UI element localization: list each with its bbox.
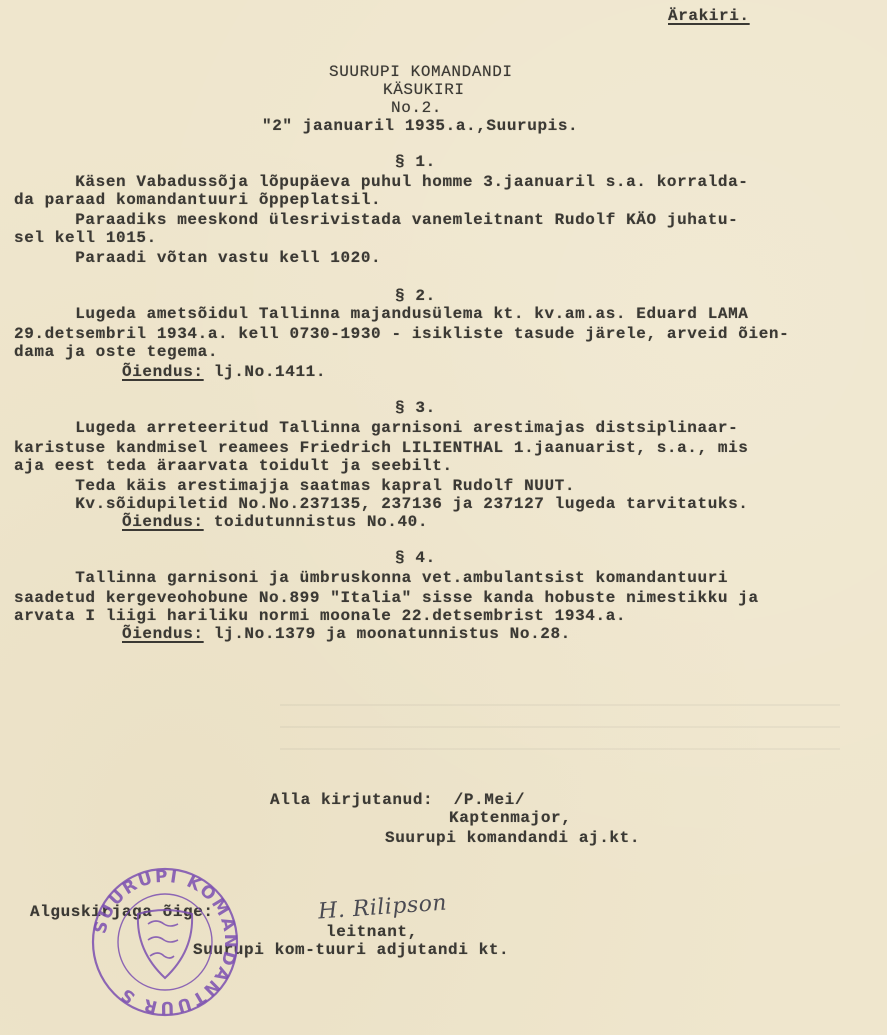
- certifier-rank: leitnant,: [326, 922, 418, 942]
- certifier-position: Suurupi kom-tuuri adjutandi kt.: [193, 940, 509, 960]
- section-4-line: Tallinna garnisoni ja ümbruskonna vet.am…: [14, 568, 728, 588]
- note-text: toidutunnistus No.40.: [204, 513, 428, 531]
- section-1-line: Paraadiks meeskond ülesrivistada vanemle…: [14, 210, 738, 230]
- section-4-heading: § 4.: [395, 548, 436, 568]
- section-2-line: Lugeda ametsõidul Tallinna majandusülema…: [14, 304, 749, 324]
- section-3-line: karistuse kandmisel reamees Friedrich LI…: [14, 438, 749, 458]
- section-2-line: 29.detsembril 1934.a. kell 0730-1930 - i…: [14, 324, 789, 344]
- section-3-line: Teda käis arestimajja saatmas kapral Rud…: [14, 476, 575, 496]
- section-1-heading: § 1.: [395, 152, 436, 172]
- section-4-note: Õiendus: lj.No.1379 ja moonatunnistus No…: [122, 624, 571, 644]
- header-line2: KÄSUKIRI: [383, 80, 465, 100]
- note-text: lj.No.1411.: [204, 363, 326, 381]
- section-1-line: Paraadi võtan vastu kell 1020.: [14, 248, 381, 268]
- section-1-line: da paraad komandantuuri õppeplatsil.: [14, 190, 381, 210]
- note-text: lj.No.1379 ja moonatunnistus No.28.: [204, 625, 571, 643]
- section-1-line: sel kell 1015.: [14, 228, 157, 248]
- header-date-place: "2" jaanuaril 1935.a.,Suurupis.: [262, 116, 578, 136]
- svg-text:SUURUPI KOMANDANTUUR S: SUURUPI KOMANDANTUUR S: [90, 867, 240, 1017]
- note-label: Õiendus:: [122, 625, 204, 643]
- note-label: Õiendus:: [122, 513, 204, 531]
- section-1-line: Käsen Vabadussõja lõpupäeva puhul homme …: [14, 172, 749, 192]
- section-2-heading: § 2.: [395, 286, 436, 306]
- official-stamp-icon: SUURUPI KOMANDANTUUR S: [90, 866, 240, 1018]
- section-2-note: Õiendus: lj.No.1411.: [122, 362, 326, 382]
- section-3-note: Õiendus: toidutunnistus No.40.: [122, 512, 428, 532]
- section-4-line: arvata I liigi hariliku normi moonale 22…: [14, 606, 626, 626]
- note-label: Õiendus:: [122, 363, 204, 381]
- bleed-through-text: [280, 690, 840, 750]
- section-3-line: aja eest teda äraarvata toidult ja seebi…: [14, 456, 453, 476]
- section-2-line: dama ja oste tegema.: [14, 342, 218, 362]
- section-3-heading: § 3.: [395, 398, 436, 418]
- header-number: No.2.: [391, 98, 442, 118]
- signed-name: /P.Mei/: [454, 791, 525, 809]
- header-line1: SUURUPI KOMANDANDI: [329, 62, 513, 82]
- signer-position: Suurupi komandandi aj.kt.: [385, 828, 640, 848]
- signer-rank: Kaptenmajor,: [449, 808, 571, 828]
- section-3-line: Kv.sõidupiletid No.No.237135, 237136 ja …: [14, 494, 749, 514]
- copy-mark: Ärakiri.: [668, 6, 750, 26]
- signed-label: Alla kirjutanud:: [270, 791, 433, 809]
- signed-by: Alla kirjutanud: /P.Mei/: [270, 790, 525, 810]
- section-4-line: saadetud kergeveohobune No.899 "Italia" …: [14, 588, 759, 608]
- section-3-line: Lugeda arreteeritud Tallinna garnisoni a…: [14, 418, 738, 438]
